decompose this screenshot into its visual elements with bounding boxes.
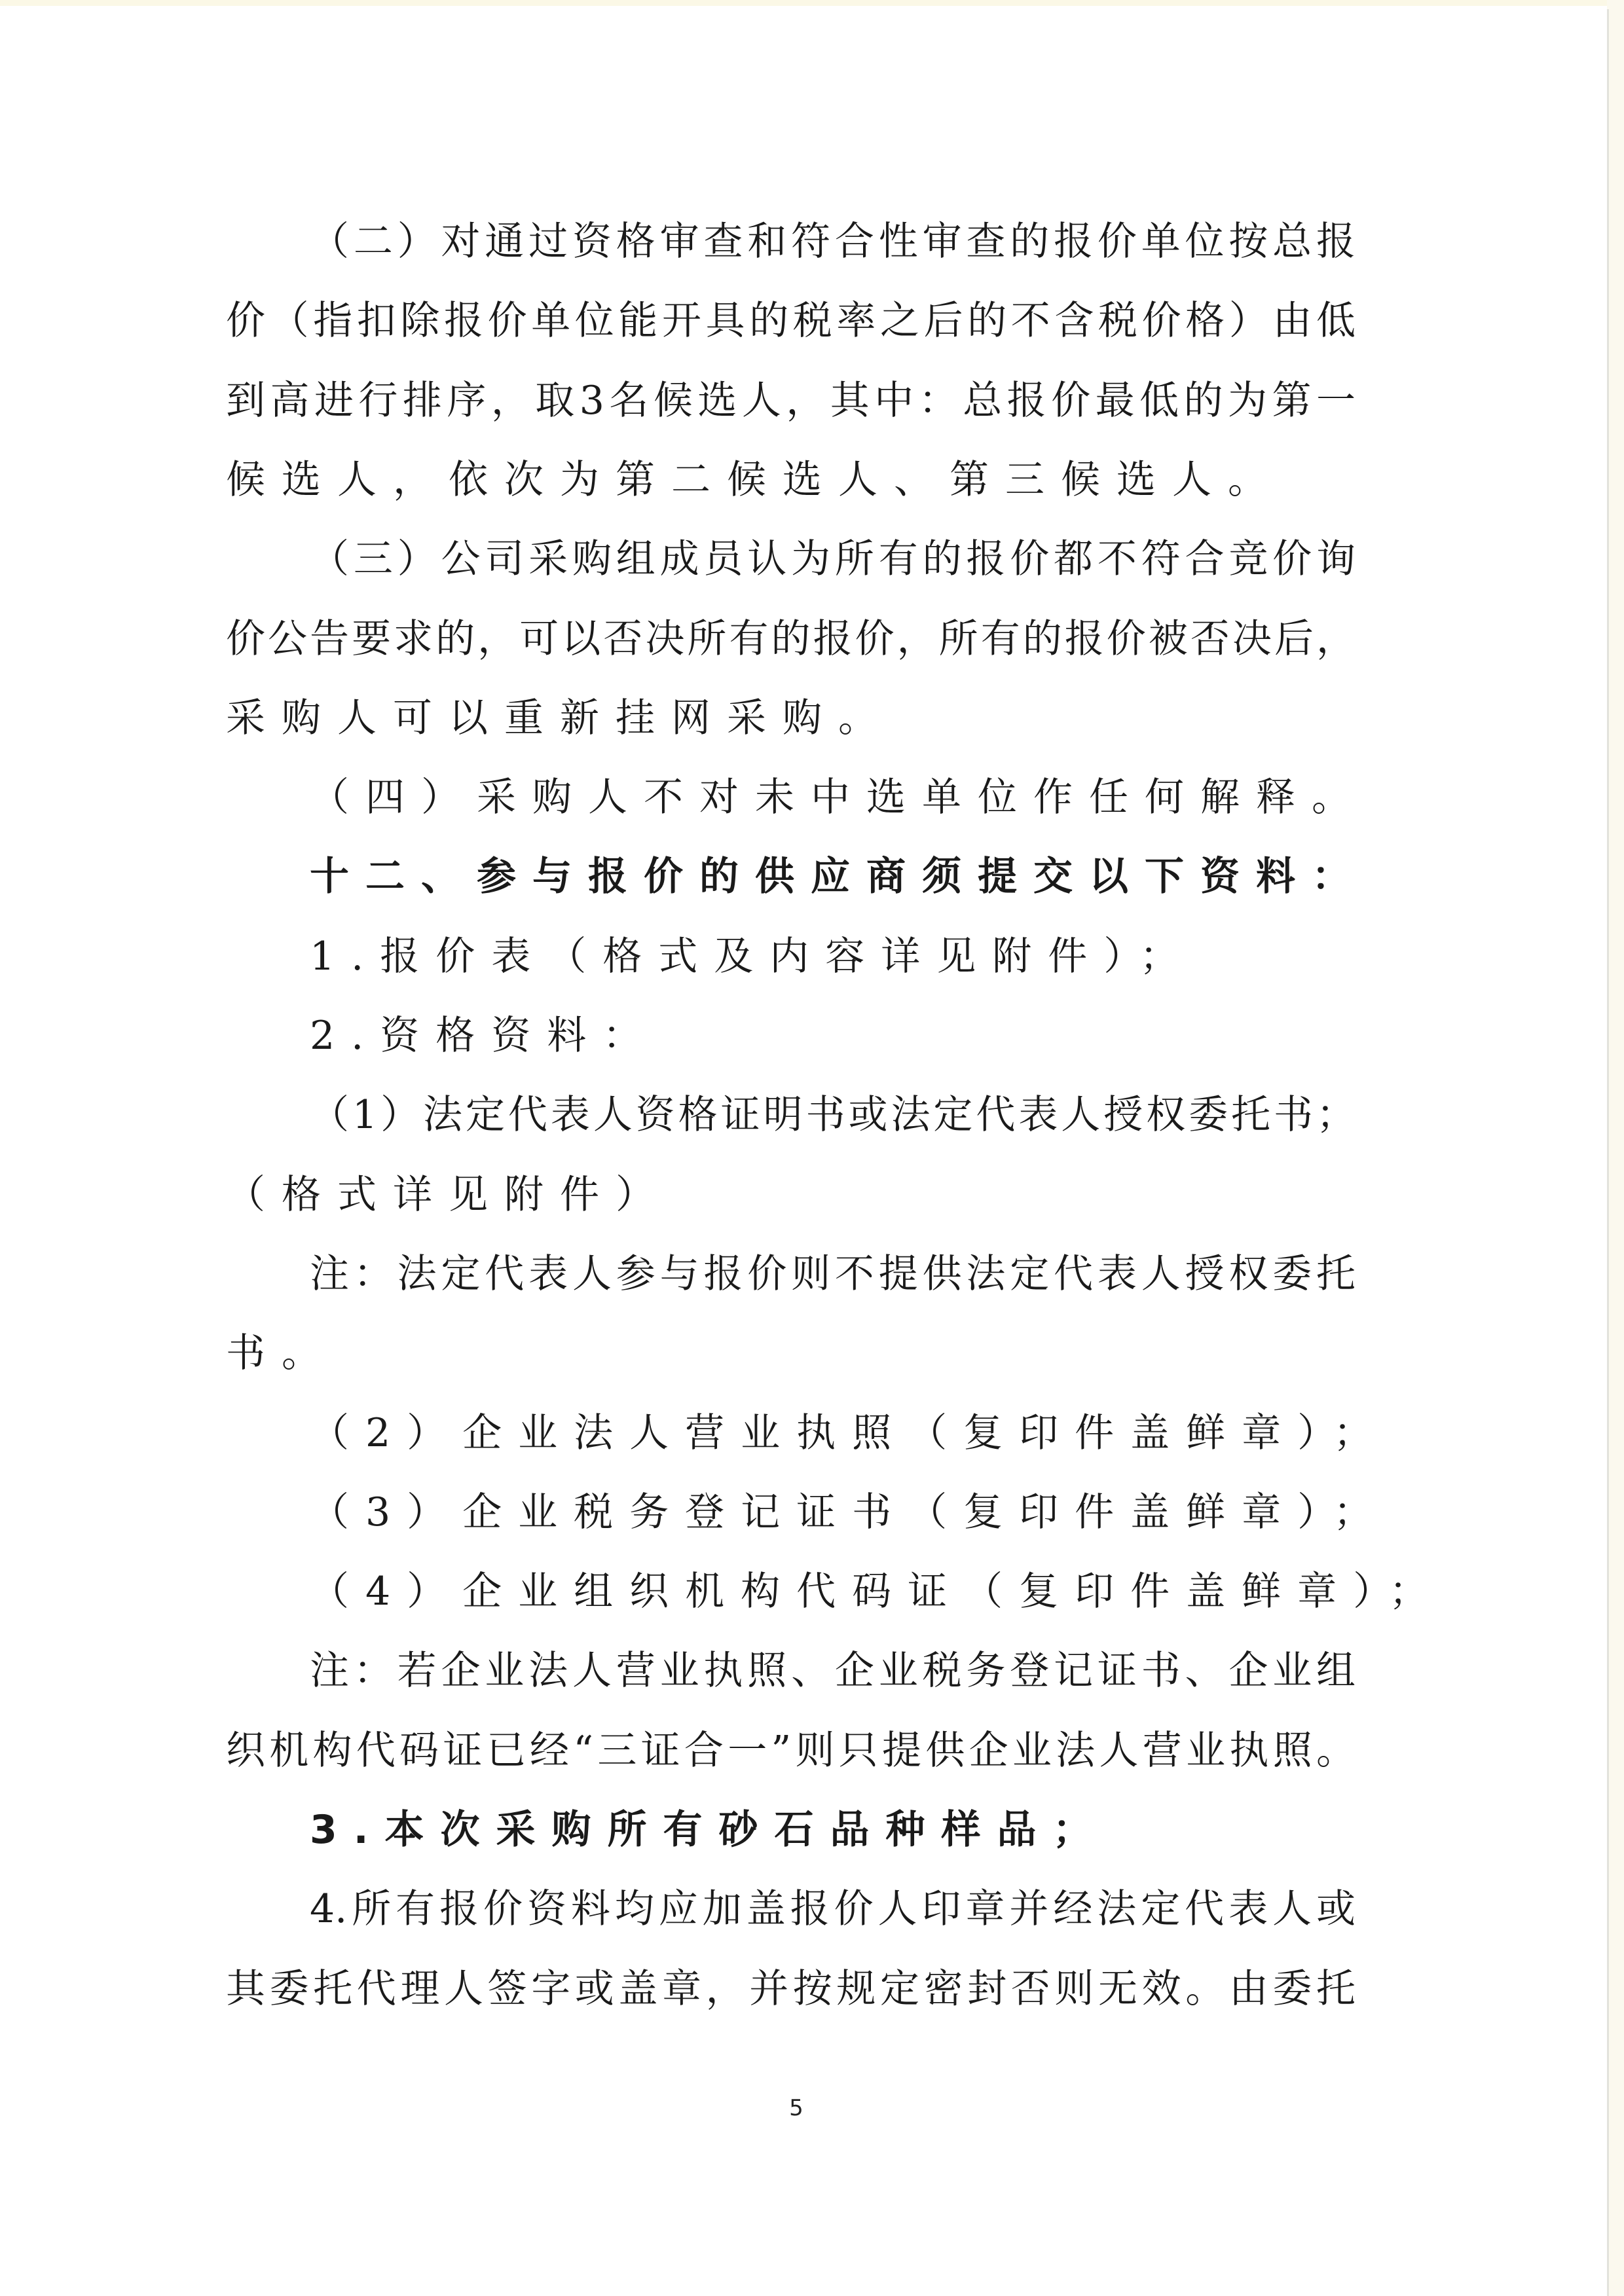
item-4-line-2: 其委托代理人签字或盖章，并按规定密封否则无效。由委托: [226, 1963, 1356, 2015]
subitem-1-line-1: （1）法定代表人资格证明书或法定代表人授权委托书；: [310, 1089, 1356, 1141]
paragraph-3-line-1: （三）公司采购组成员认为所有的报价都不符合竞价询: [310, 533, 1356, 585]
subitem-3: （3）企业税务登记证书（复印件盖鲜章）；: [310, 1486, 1389, 1539]
item-4-line-1: 4.所有报价资料均应加盖报价人印章并经法定代表人或: [310, 1883, 1356, 1935]
page-number: 5: [783, 2095, 809, 2121]
paragraph-3-line-3: 采购人可以重新挂网采购。: [226, 692, 894, 744]
item-3-samples: 3.本次采购所有砂石品种样品；: [310, 1804, 1109, 1856]
note-1-line-2: 书。: [226, 1327, 337, 1379]
paragraph-2-line-3: 到高进行排序，取3名候选人，其中：总报价最低的为第一: [226, 374, 1356, 427]
paragraph-3-line-2: 价公告要求的，可以否决所有的报价，所有的报价被否决后，: [226, 613, 1356, 665]
note-2-line-2: 织机构代码证已经“三证合一”则只提供企业法人营业执照。: [226, 1724, 1356, 1777]
note-2-line-1: 注：若企业法人营业执照、企业税务登记证书、企业组: [310, 1645, 1356, 1697]
section-12-heading: 十二、参与报价的供应商须提交以下资料：: [310, 850, 1367, 903]
paragraph-4: （四）采购人不对未中选单位作任何解释。: [310, 771, 1367, 824]
item-1-quote-form: 1.报价表（格式及内容详见附件）；: [310, 930, 1195, 983]
paragraph-2-line-1: （二）对通过资格审查和符合性审查的报价单位按总报: [310, 215, 1356, 268]
document-page: （二）对通过资格审查和符合性审查的报价单位按总报 价（指扣除报价单位能开具的税率…: [0, 0, 1624, 2296]
paragraph-2-line-4: 候选人，依次为第二候选人、第三候选人。: [226, 454, 1283, 506]
subitem-4: （4）企业组织机构代码证（复印件盖鲜章）；: [310, 1565, 1445, 1618]
subitem-1-line-2: （格式详见附件）: [226, 1169, 671, 1221]
subitem-2: （2）企业法人营业执照（复印件盖鲜章）；: [310, 1407, 1389, 1459]
item-2-qualification: 2.资格资料：: [310, 1010, 658, 1062]
paragraph-2-line-2: 价（指扣除报价单位能开具的税率之后的不含税价格）由低: [226, 295, 1356, 347]
note-1-line-1: 注：法定代表人参与报价则不提供法定代表人授权委托: [310, 1248, 1356, 1300]
